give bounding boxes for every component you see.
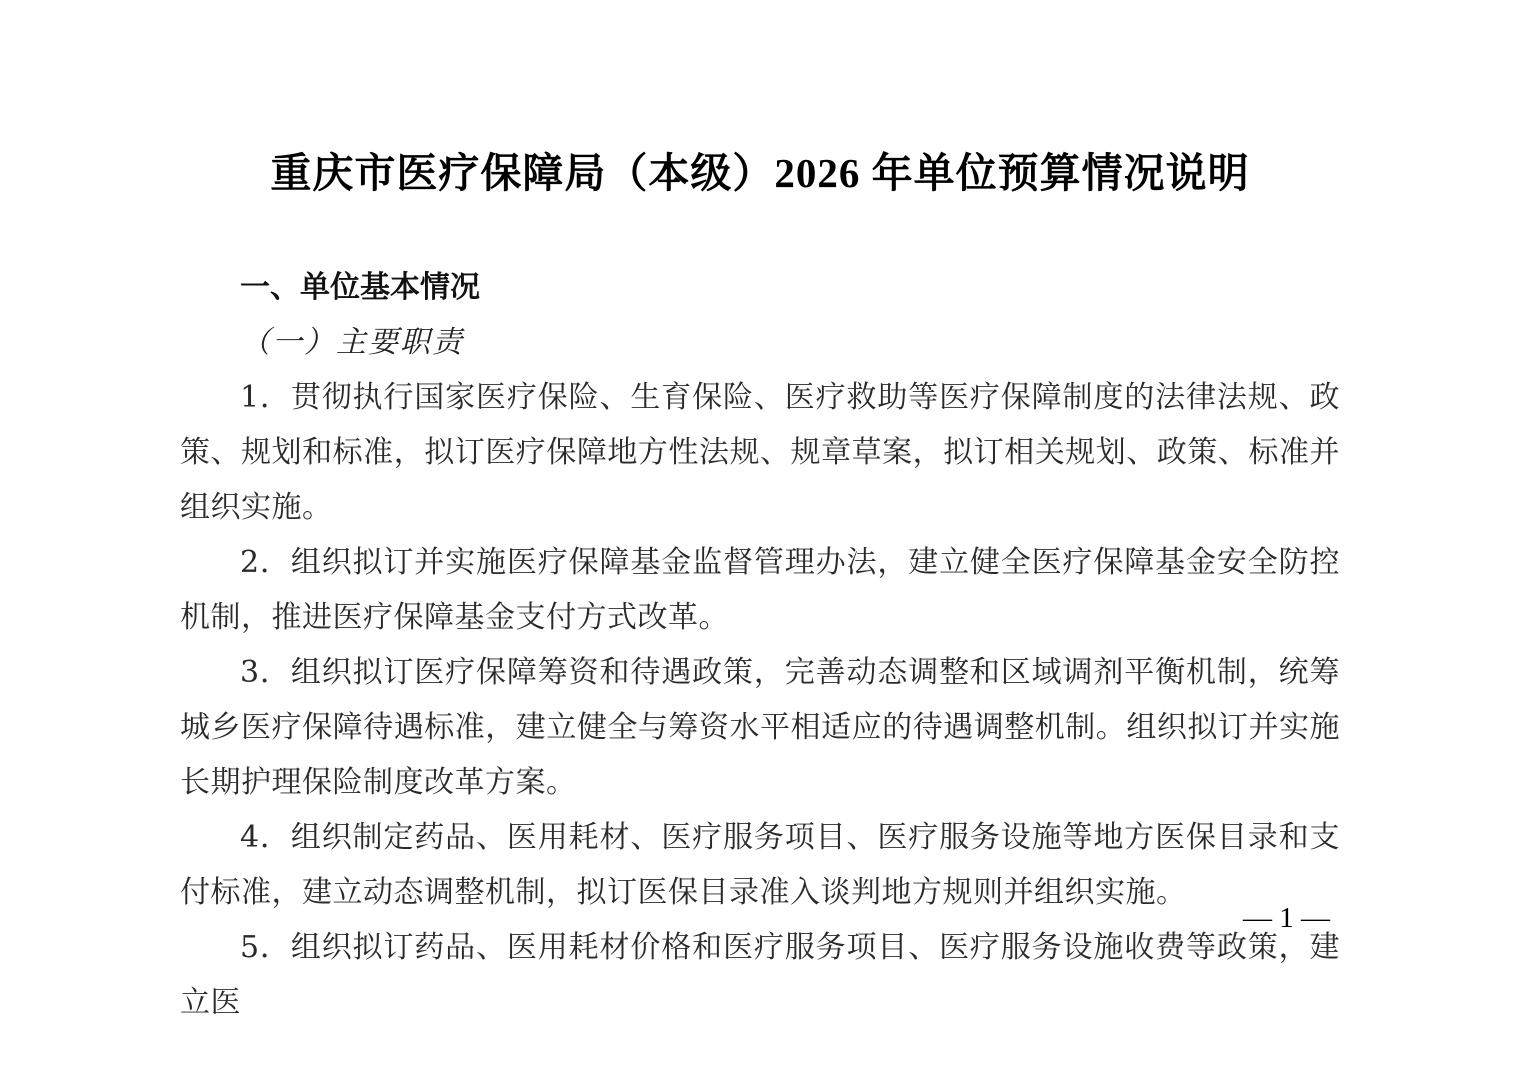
page-number: — 1 —	[1243, 900, 1330, 936]
document-title: 重庆市医疗保障局（本级）2026 年单位预算情况说明	[180, 145, 1340, 201]
body-text-block: 1．贯彻执行国家医疗保险、生育保险、医疗救助等医疗保障制度的法律法规、政策、规划…	[180, 370, 1340, 1030]
section-heading-basic-info: 一、单位基本情况	[240, 260, 1340, 315]
paragraph-duty-1: 1．贯彻执行国家医疗保险、生育保险、医疗救助等医疗保障制度的法律法规、政策、规划…	[180, 370, 1340, 535]
paragraph-duty-3: 3．组织拟订医疗保障筹资和待遇政策，完善动态调整和区域调剂平衡机制，统筹城乡医疗…	[180, 645, 1340, 810]
paragraph-duty-5: 5．组织拟订药品、医用耗材价格和医疗服务项目、医疗服务设施收费等政策，建立医	[180, 920, 1340, 1030]
paragraph-duty-4: 4．组织制定药品、医用耗材、医疗服务项目、医疗服务设施等地方医保目录和支付标准，…	[180, 810, 1340, 920]
paragraph-duty-2: 2．组织拟订并实施医疗保障基金监督管理办法，建立健全医疗保障基金安全防控机制，推…	[180, 535, 1340, 645]
subsection-heading-main-duties: （一）主要职责	[240, 315, 1340, 370]
document-page: 重庆市医疗保障局（本级）2026 年单位预算情况说明 一、单位基本情况 （一）主…	[0, 0, 1520, 1074]
